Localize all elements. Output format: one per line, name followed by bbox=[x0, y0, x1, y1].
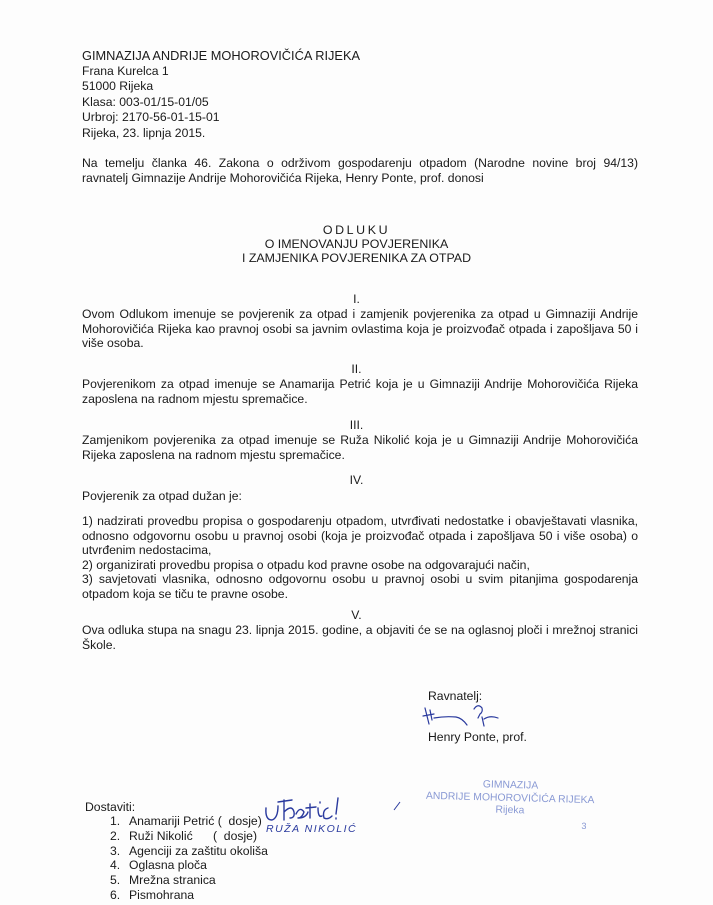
school-name: GIMNAZIJA ANDRIJE MOHOROVIČIĆA RIJEKA bbox=[82, 48, 360, 64]
handwritten-signature-director bbox=[420, 700, 540, 728]
item-label: Pismohrana bbox=[129, 888, 194, 903]
preamble: Na temelju članka 46. Zakona o održivom … bbox=[82, 156, 638, 185]
item-label: Mrežna stranica bbox=[129, 873, 216, 888]
duties-list: 1) nadzirati provedbu propisa o gospodar… bbox=[82, 514, 638, 601]
section-5-body: Ova odluka stupa na snagu 23. lipnja 201… bbox=[82, 623, 638, 652]
section-text-1: Ovom Odlukom imenuje se povjerenik za ot… bbox=[82, 307, 638, 351]
section-number-2: II. bbox=[0, 362, 713, 377]
list-item: 6.Pismohrana bbox=[110, 888, 268, 903]
section-number-1: I. bbox=[0, 292, 713, 307]
duty-item-2: 2) organizirati provedbu propisa o otpad… bbox=[82, 558, 638, 573]
item-label: Agenciji za zaštitu okoliša bbox=[129, 844, 268, 859]
item-label: Ruži Nikolić ( dosje) bbox=[129, 829, 257, 844]
school-address: Frana Kurelca 1 bbox=[82, 64, 360, 80]
distribution-label: Dostaviti: bbox=[85, 800, 135, 815]
section-1-body: Ovom Odlukom imenuje se povjerenik za ot… bbox=[82, 307, 638, 350]
section-number-3: III. bbox=[0, 418, 713, 433]
letterhead: GIMNAZIJA ANDRIJE MOHOROVIČIĆA RIJEKA Fr… bbox=[82, 48, 360, 141]
duty-item-3: 3) savjetovati vlasnika, odnosno odgovor… bbox=[82, 572, 638, 601]
title-odluku: ODLUKU bbox=[0, 223, 713, 237]
duty-item-1: 1) nadzirati provedbu propisa o gospodar… bbox=[82, 514, 638, 558]
klasa: Klasa: 003-01/15-01/05 bbox=[82, 95, 360, 111]
list-item: 5.Mrežna stranica bbox=[110, 873, 268, 888]
item-number: 1. bbox=[110, 814, 129, 829]
title-line-3: I ZAMJENIKA POVJERENIKA ZA OTPAD bbox=[0, 251, 713, 265]
item-number: 5. bbox=[110, 873, 129, 888]
list-item: 2.Ruži Nikolić ( dosje) bbox=[110, 829, 268, 844]
distribution-list: 1.Anamariji Petrić ( dosje) 2.Ruži Nikol… bbox=[110, 814, 268, 903]
list-item: 1.Anamariji Petrić ( dosje) bbox=[110, 814, 268, 829]
decision-title: ODLUKU O IMENOVANJU POVJERENIKA I ZAMJEN… bbox=[0, 223, 713, 265]
item-label: Anamariji Petrić ( dosje) bbox=[129, 814, 262, 829]
item-number: 3. bbox=[110, 844, 129, 859]
item-label: Oglasna ploča bbox=[129, 858, 207, 873]
section-text-3: Zamjenikom povjerenika za otpad imenuje … bbox=[82, 433, 638, 462]
document-date: Rijeka, 23. lipnja 2015. bbox=[82, 126, 360, 142]
section-4-lead: Povjerenik za otpad dužan je: bbox=[82, 489, 638, 504]
section-number-4: IV. bbox=[0, 473, 713, 488]
section-2-body: Povjerenikom za otpad imenuje se Anamari… bbox=[82, 377, 638, 406]
list-item: 3.Agenciji za zaštitu okoliša bbox=[110, 844, 268, 859]
section-number-5: V. bbox=[0, 608, 713, 623]
section-text-2: Povjerenikom za otpad imenuje se Anamari… bbox=[82, 377, 638, 406]
preamble-line-2: ravnatelj Gimnazije Andrije Mohorovičića… bbox=[82, 171, 638, 186]
item-number: 2. bbox=[110, 829, 129, 844]
official-stamp: GIMNAZIJA ANDRIJE MOHOROVIČIĆA RIJEKA Ri… bbox=[424, 778, 595, 832]
item-number: 6. bbox=[110, 888, 129, 903]
handwriting-nikolic: RUŽA NIKOLIĆ bbox=[266, 822, 357, 835]
signatory-name: Henry Ponte, prof. bbox=[428, 730, 527, 745]
school-city: 51000 Rijeka bbox=[82, 79, 360, 95]
list-item: 4.Oglasna ploča bbox=[110, 858, 268, 873]
title-line-2: O IMENOVANJU POVJERENIKA bbox=[0, 237, 713, 251]
section-3-body: Zamjenikom povjerenika za otpad imenuje … bbox=[82, 433, 638, 462]
section-text-5: Ova odluka stupa na snagu 23. lipnja 201… bbox=[82, 623, 638, 652]
preamble-line-1: Na temelju članka 46. Zakona o održivom … bbox=[82, 156, 638, 171]
item-number: 4. bbox=[110, 858, 129, 873]
urbroj: Urbroj: 2170-56-01-15-01 bbox=[82, 110, 360, 126]
handwritten-receipt-signatures: RUŽA NIKOLIĆ bbox=[262, 796, 412, 836]
